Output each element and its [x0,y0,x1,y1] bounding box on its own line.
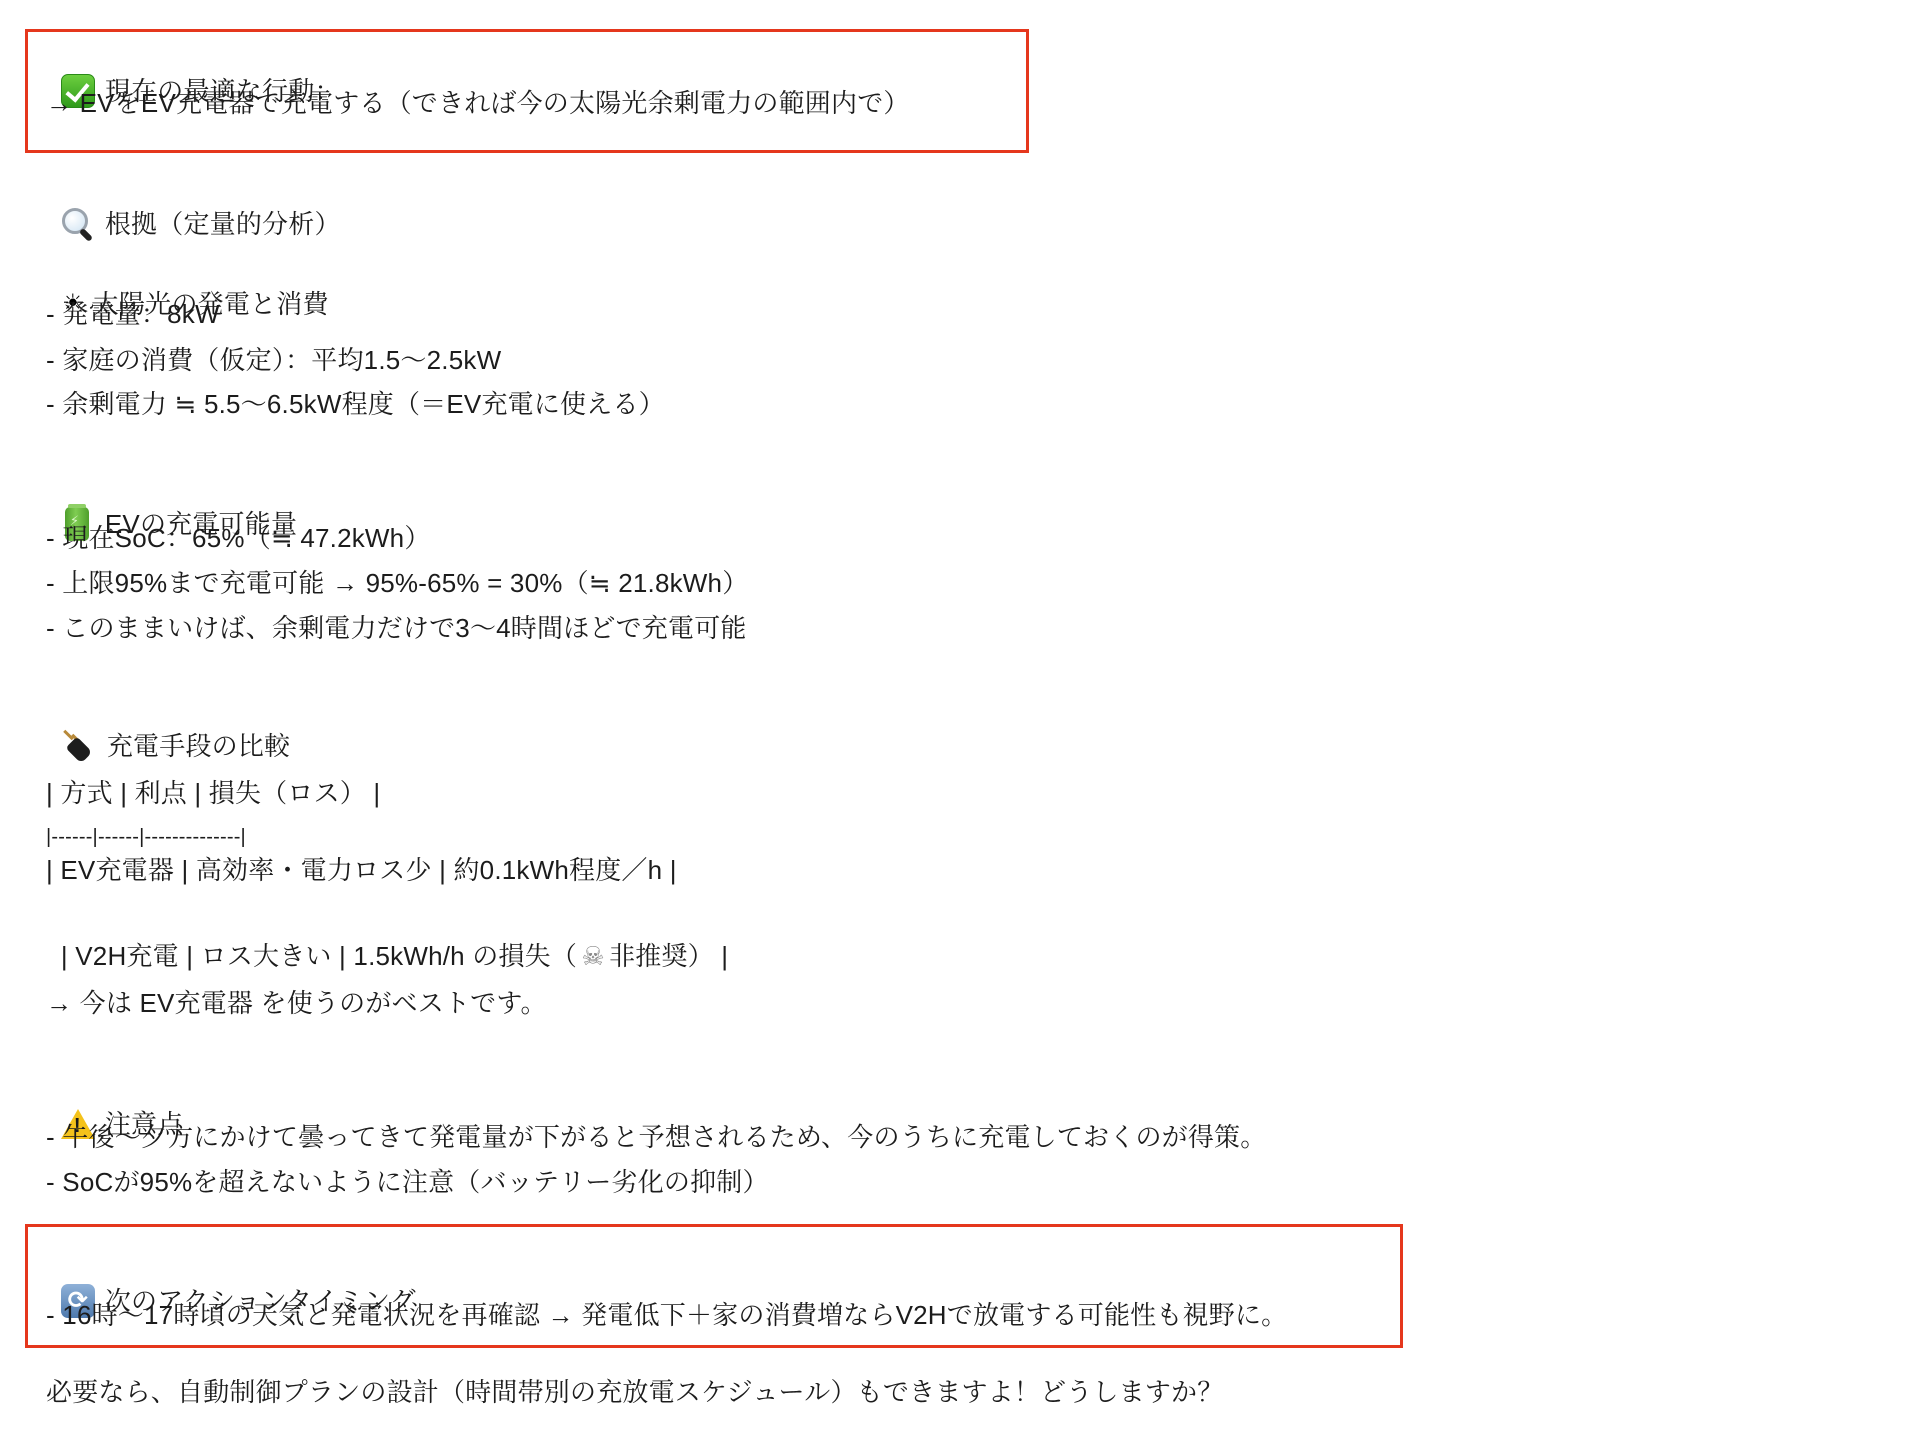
solar-item: - 家庭の消費（仮定）：平均1.5〜2.5kW [46,342,501,378]
magnifying-glass-icon [61,207,95,241]
solar-item: - 発電量：8kW [46,296,220,332]
solar-heading: ☀太陽光の発電と消費 [46,250,329,286]
comparison-heading: 充電手段の比較 [46,692,290,728]
row-text-before: | V2H充電 | ロス大きい | 1.5kWh/h の損失（ [61,941,577,971]
cautions-heading: 注意点 [46,1070,183,1106]
electric-plug-icon [61,729,97,763]
basis-heading: 根拠（定量的分析） [46,170,341,206]
comparison-table-separator: |------|------|--------------| [46,825,246,849]
caution-item: - SoCが95%を超えないように注意（バッテリー劣化の抑制） [46,1164,769,1200]
ev-capacity-item: - 現在SoC：65%（≒ 47.2kWh） [46,520,431,556]
caution-item: - 午後〜夕方にかけて曇ってきて発電量が下がると予想されるため、今のうちに充電し… [46,1119,1266,1155]
closing-question: 必要なら、自動制御プランの設計（時間帯別の充放電スケジュール）もできますよ！どう… [46,1374,1223,1410]
comparison-title: 充電手段の比較 [107,731,290,761]
ev-capacity-item: - 上限95%まで充電可能 → 95%-65% = 30%（≒ 21.8kWh） [46,565,748,601]
comparison-table-row: | EV充電器 | 高効率・電力ロス少 | 約0.1kWh程度／h | [46,852,677,888]
ev-capacity-item: - このままいけば、余剰電力だけで3〜4時間ほどで充電可能 [46,610,747,646]
basis-title: 根拠（定量的分析） [105,209,341,239]
ev-capacity-heading: EVの充電可能量 [46,470,297,506]
next-action-item: - 16時〜17時頃の天気と発電状況を再確認 → 発電低下＋家の消費増ならV2H… [46,1297,1287,1333]
next-action-heading: ⟳次のアクションタイミング [46,1247,416,1283]
skull-icon: ☠ [577,938,609,974]
comparison-table-row: | V2H充電 | ロス大きい | 1.5kWh/h の損失（☠非推奨） | [46,902,728,938]
comparison-table-header: | 方式 | 利点 | 損失（ロス） | [46,775,380,811]
solar-item: - 余剰電力 ≒ 5.5〜6.5kW程度（＝EV充電に使える） [46,386,665,422]
row-text-after: 非推奨） | [609,941,728,971]
best-action-body: → EVをEV充電器で充電する（できれば今の太陽光余剰電力の範囲内で） [46,85,910,121]
best-action-heading: 現在の最適な行動： [46,37,341,73]
comparison-conclusion: → 今は EV充電器 を使うのがベストです。 [46,985,547,1021]
